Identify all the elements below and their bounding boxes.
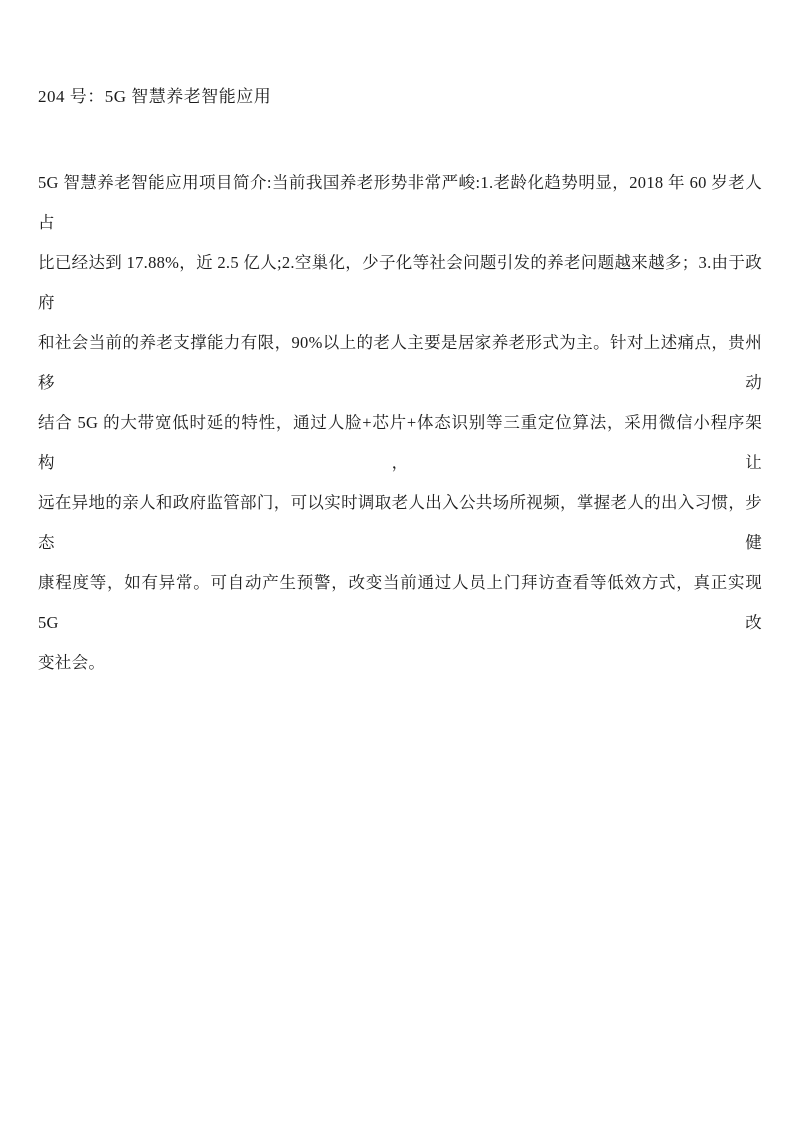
document-title: 204 号：5G 智慧养老智能应用 — [38, 84, 762, 110]
document-content: 204 号：5G 智慧养老智能应用 5G 智慧养老智能应用项目简介:当前我国养老… — [0, 84, 800, 683]
document-page: 204 号：5G 智慧养老智能应用 5G 智慧养老智能应用项目简介:当前我国养老… — [0, 0, 800, 1131]
paragraph-line-5: 远在异地的亲人和政府监管部门，可以实时调取老人出入公共场所视频，掌握老人的出入习… — [38, 483, 762, 563]
paragraph-line-1: 5G 智慧养老智能应用项目简介:当前我国养老形势非常严峻:1.老龄化趋势明显，2… — [38, 163, 762, 243]
paragraph-line-4: 结合 5G 的大带宽低时延的特性，通过人脸+芯片+体态识别等三重定位算法，采用微… — [38, 403, 762, 483]
paragraph-line-7: 变社会。 — [38, 643, 762, 683]
paragraph-line-2: 比已经达到 17.88%，近 2.5 亿人;2.空巢化，少子化等社会问题引发的养… — [38, 243, 762, 323]
paragraph-line-6: 康程度等，如有异常。可自动产生预警，改变当前通过人员上门拜访查看等低效方式，真正… — [38, 563, 762, 643]
paragraph-line-3: 和社会当前的养老支撑能力有限，90%以上的老人主要是居家养老形式为主。针对上述痛… — [38, 323, 762, 403]
project-intro-paragraph: 5G 智慧养老智能应用项目简介:当前我国养老形势非常严峻:1.老龄化趋势明显，2… — [38, 163, 762, 683]
